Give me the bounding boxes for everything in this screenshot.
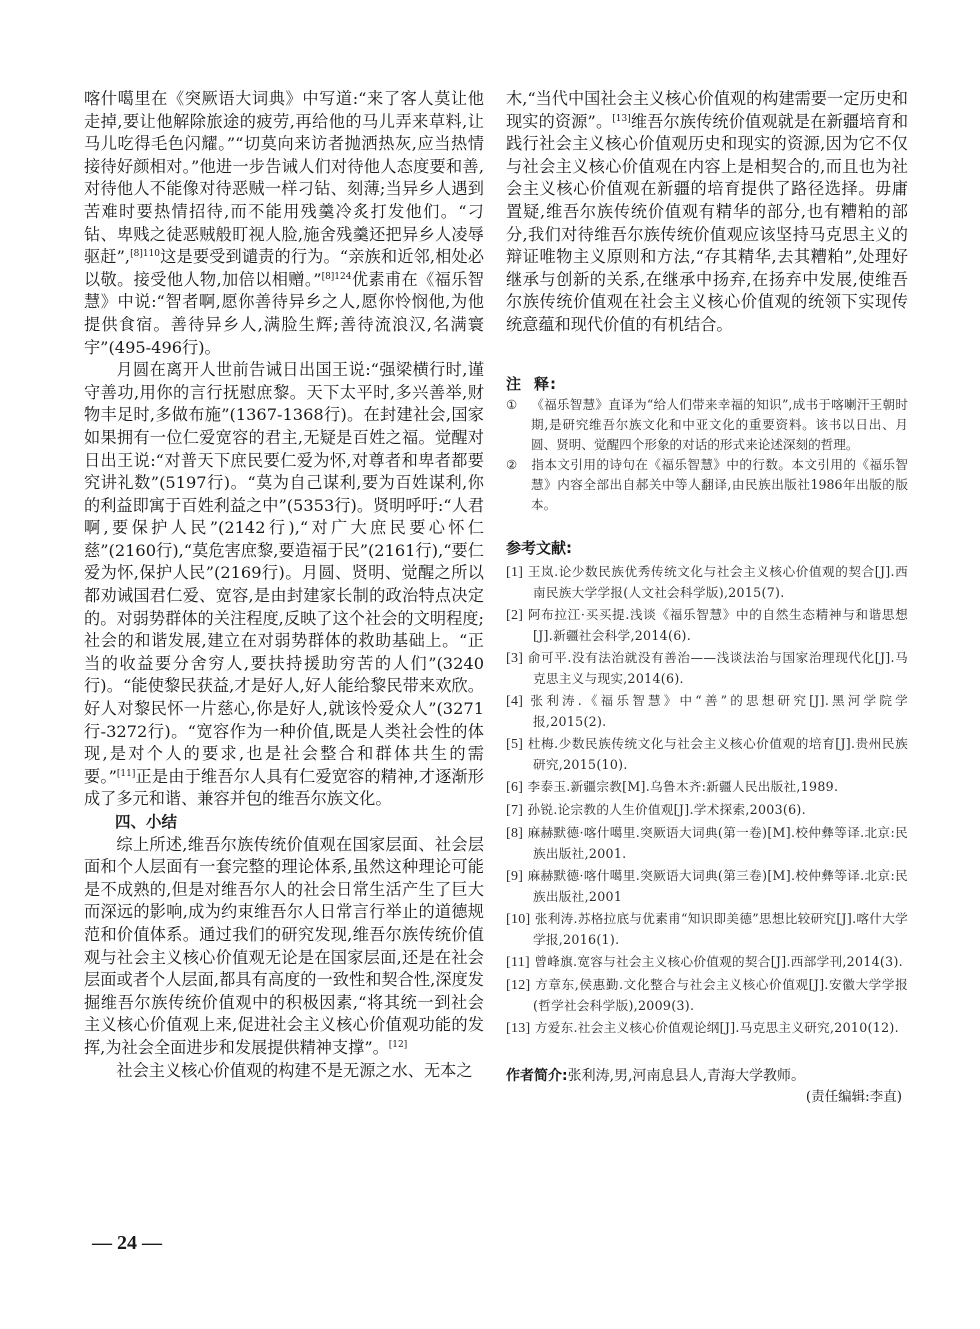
- body-paragraph-1: 喀什噶里在《突厥语大词典》中写道:“来了客人莫让他走掉,要让他解除旅途的疲劳,再…: [84, 88, 484, 359]
- author-bio-text: 张利涛,男,河南息县人,青海大学教师。: [568, 1068, 805, 1084]
- references-title: 参考文献:: [506, 537, 908, 560]
- notes-title: 注释:: [506, 373, 908, 396]
- reference-item: [13] 方爱东.社会主义核心价值观论纲[J].马克思主义研究,2010(12)…: [506, 1018, 908, 1039]
- citation: [13]: [612, 114, 630, 124]
- reference-item: [8] 麻赫默德·喀什噶里.突厥语大词典(第一卷)[M].校仲彝等译.北京:民族…: [506, 823, 908, 864]
- note-item: ①《福乐智慧》直译为“给人们带来幸福的知识”,成书于喀喇汗王朝时期,是研究维吾尔…: [506, 395, 908, 455]
- reference-item: [6] 李泰玉.新疆宗教[M].乌鲁木齐:新疆人民出版社,1989.: [506, 777, 908, 798]
- reference-item: [5] 杜梅.少数民族传统文化与社会主义核心价值观的培育[J].贵州民族研究,2…: [506, 734, 908, 775]
- note-item: ②指本文引用的诗句在《福乐智慧》中的行数。本文引用的《福乐智慧》内容全部出自郝关…: [506, 455, 908, 515]
- references-list: [1] 王岚.论少数民族优秀传统文化与社会主义核心价值观的契合[J].西南民族大…: [506, 562, 908, 1039]
- citation: [8]124: [322, 272, 352, 282]
- summary-paragraph-1: 综上所述,维吾尔族传统价值观在国家层面、社会层面和个人层面有一套完整的理论体系,…: [84, 834, 484, 1060]
- notes-list: ①《福乐智慧》直译为“给人们带来幸福的知识”,成书于喀喇汗王朝时期,是研究维吾尔…: [506, 395, 908, 515]
- reference-item: [4] 张利涛.《福乐智慧》中“善”的思想研究[J].黑河学院学报,2015(2…: [506, 691, 908, 732]
- reference-item: [2] 阿布拉江·买买提.浅谈《福乐智慧》中的自然生态精神与和谐思想[J].新疆…: [506, 605, 908, 646]
- reference-item: [1] 王岚.论少数民族优秀传统文化与社会主义核心价值观的契合[J].西南民族大…: [506, 562, 908, 603]
- reference-item: [7] 孙锐.论宗教的人生价值观[J].学术探索,2003(6).: [506, 800, 908, 821]
- reference-item: [12] 方章东,侯惠勤.文化整合与社会主义核心价值观[J].安徽大学学报(哲学…: [506, 975, 908, 1016]
- body-paragraph-2: 月圆在离开人世前告诫日出国王说:“强梁横行时,谨守善功,用你的言行抚慰庶黎。天下…: [84, 359, 484, 811]
- summary-paragraph-2: 社会主义核心价值观的构建不是无源之水、无本之: [84, 1060, 484, 1083]
- page-number: — 24 —: [92, 1232, 162, 1255]
- reference-item: [9] 麻赫默德·喀什噶里.突厥语大词典(第三卷)[M].校仲彝等译.北京:民族…: [506, 866, 908, 907]
- left-column: 喀什噶里在《突厥语大词典》中写道:“来了客人莫让他走掉,要让他解除旅途的疲劳,再…: [84, 88, 484, 1082]
- citation: [12]: [389, 1040, 407, 1050]
- reference-item: [10] 张利涛.苏格拉底与优素甫“知识即美德”思想比较研究[J].喀什大学学报…: [506, 909, 908, 950]
- responsible-editor: (责任编辑:李直): [506, 1087, 908, 1107]
- body-paragraph-continued: 木,“当代中国社会主义核心价值观的构建需要一定历史和现实的资源”。[13]维吾尔…: [506, 88, 908, 337]
- citation: [8]110: [130, 249, 160, 259]
- author-bio: 作者简介:张利涛,男,河南息县人,青海大学教师。: [506, 1065, 908, 1087]
- section-heading: 四、小结: [84, 811, 484, 834]
- right-column: 木,“当代中国社会主义核心价值观的构建需要一定历史和现实的资源”。[13]维吾尔…: [506, 88, 908, 1107]
- reference-item: [3] 俞可平.没有法治就没有善治——浅谈法治与国家治理现代化[J].马克思主义…: [506, 648, 908, 689]
- citation: [11]: [117, 769, 135, 779]
- reference-item: [11] 曾峰旗.宽容与社会主义核心价值观的契合[J].西部学刊,2014(3)…: [506, 952, 908, 973]
- author-bio-label: 作者简介:: [506, 1068, 568, 1084]
